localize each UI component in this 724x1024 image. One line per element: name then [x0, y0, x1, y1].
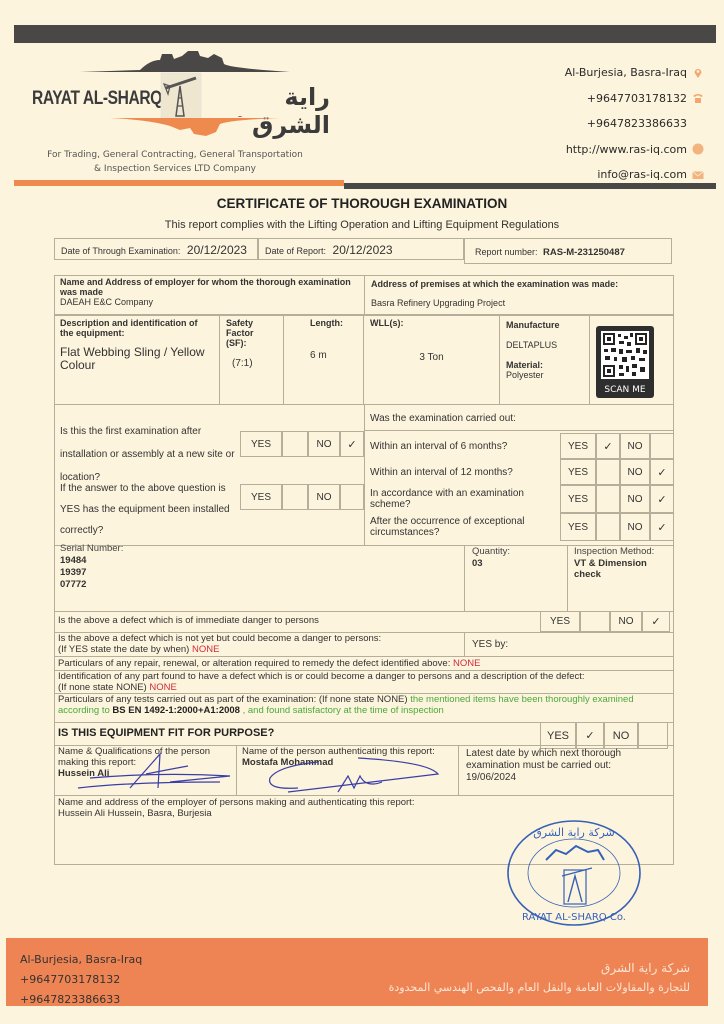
repair-question-text: Particulars of any repair, renewal, or a…: [58, 658, 450, 669]
immediate-no-box[interactable]: ✓: [642, 612, 670, 632]
serial-number: 19397: [60, 567, 86, 579]
report-date-cell: Date of Report: 20/12/2023: [258, 238, 464, 260]
length-label: Length:: [290, 318, 357, 328]
tagline-line-2: & Inspection Services LTD Company: [30, 162, 320, 176]
repair-question: Particulars of any repair, renewal, or a…: [58, 658, 480, 669]
carried-out-yes-label: YES: [560, 513, 596, 541]
wll-label: WLL(s):: [370, 318, 493, 328]
carried-out-question: Within an interval of 12 months?: [370, 459, 540, 485]
first-exam-no-label: NO: [308, 431, 340, 457]
yes-by-label: YES by:: [472, 639, 508, 650]
equipment-description-label: Description and identification of the eq…: [60, 318, 213, 338]
manufacture-cell: Manufacture DELTAPLUS Material: Polyeste…: [500, 315, 590, 405]
gear-top-icon: [80, 50, 290, 74]
footer-phone-1: +9647703178132: [20, 970, 142, 990]
report-number-label: Report number:: [475, 247, 538, 257]
company-stamp: شركة راية الشرق RAYAT AL-SHARQ Co.: [506, 820, 642, 926]
qr-caption: SCAN ME: [596, 385, 654, 395]
qr-code-icon: [601, 331, 649, 379]
immediate-danger-question: Is the above a defect which is of immedi…: [58, 615, 319, 626]
footer-band: Al-Burjesia, Basra-Iraq +9647703178132 +…: [6, 938, 708, 1006]
carried-out-question: After the occurrence of exceptional circ…: [370, 513, 540, 541]
header-dark-bar: [14, 25, 716, 43]
serial-number: 07772: [60, 579, 86, 591]
contact-phone-2: +9647823386633: [565, 111, 704, 137]
carried-out-no-box[interactable]: ✓: [650, 513, 674, 541]
manufacture-label: Manufacture: [506, 320, 583, 330]
repair-value: NONE: [453, 658, 480, 669]
future-danger-line-2: (If YES state the date by when): [58, 644, 189, 655]
employer-value: DAEAH E&C Company: [60, 297, 358, 307]
tagline-line-1: For Trading, General Contracting, Genera…: [30, 148, 320, 162]
premises-value: Basra Refinery Upgrading Project: [371, 298, 668, 308]
header-contacts: Al-Burjesia, Basra-Iraq +9647703178132 +…: [565, 60, 704, 188]
serial-list: 194841939707772: [60, 555, 86, 591]
authenticator-signature: [258, 752, 448, 796]
serial-number: 19484: [60, 555, 86, 567]
material-value: Polyester: [506, 370, 583, 380]
exam-date-cell: Date of Through Examination: 20/12/2023: [54, 238, 258, 260]
footer-address: Al-Burjesia, Basra-Iraq: [20, 950, 142, 970]
gear-bottom-icon: [110, 116, 280, 138]
footer-arabic-line-1: شركة راية الشرق: [389, 958, 690, 978]
carried-out-no-box[interactable]: [650, 433, 674, 459]
header-orange-rule: [14, 180, 344, 186]
qr-cell: SCAN ME: [590, 315, 674, 405]
carried-out-yes-label: YES: [560, 485, 596, 513]
employer-label: Name and Address of employer for whom th…: [60, 277, 358, 297]
next-exam-label: Latest date by which next thorough exami…: [466, 748, 646, 772]
length-cell: Length: 6 m: [284, 315, 364, 405]
immediate-no-label: NO: [610, 612, 642, 632]
certificate-title: CERTIFICATE OF THOROUGH EXAMINATION: [0, 196, 724, 211]
employer-persons-label: Name and address of the employer of pers…: [58, 797, 414, 808]
wll-cell: WLL(s): 3 Ton: [364, 315, 500, 405]
qr-code[interactable]: SCAN ME: [596, 326, 654, 398]
report-number-value: RAS-M-231250487: [543, 247, 625, 258]
report-date-label: Date of Report:: [265, 246, 326, 256]
equipment-description-cell: Description and identification of the eq…: [54, 315, 220, 405]
defect-identification-line-2: (If none state NONE): [58, 682, 147, 693]
immediate-yes-box[interactable]: [580, 612, 610, 632]
carried-out-no-label: NO: [620, 513, 650, 541]
tests-particulars: Particulars of any tests carried out as …: [58, 694, 668, 716]
carried-out-yes-box[interactable]: [596, 513, 620, 541]
employer-persons-value: Hussein Ali Hussein, Basra, Burjesia: [58, 808, 414, 819]
contact-website[interactable]: http://www.ras-iq.com: [565, 137, 704, 163]
premises-cell: Address of premises at which the examina…: [364, 275, 674, 315]
material-label: Material:: [506, 360, 583, 370]
safety-factor-cell: Safety Factor (SF): (7:1): [220, 315, 284, 405]
company-tagline: For Trading, General Contracting, Genera…: [30, 148, 320, 176]
footer-arabic: شركة راية الشرق للتجارة والمقاولات العام…: [389, 958, 690, 998]
carried-out-yes-box[interactable]: [596, 485, 620, 513]
footer-contact: Al-Burjesia, Basra-Iraq +9647703178132 +…: [20, 950, 142, 1010]
installed-yes-box[interactable]: [282, 484, 308, 510]
contact-email-link[interactable]: info@ras-iq.com: [597, 168, 687, 181]
report-date-value: 20/12/2023: [333, 243, 393, 257]
first-exam-yes-label: YES: [240, 431, 282, 457]
contact-phone-1-text: +9647703178132: [587, 92, 687, 105]
signature-divider-2: [458, 745, 459, 795]
carried-out-no-label: NO: [620, 433, 650, 459]
installed-correctly-question: If the answer to the above question is Y…: [60, 478, 240, 541]
maker-signature: [70, 748, 240, 794]
stamp-arabic-text: شركة راية الشرق: [533, 826, 615, 839]
exam-date-label: Date of Through Examination:: [61, 246, 180, 256]
contact-website-link[interactable]: http://www.ras-iq.com: [566, 143, 687, 156]
header-dark-rule: [344, 183, 716, 189]
contact-phone-1: +9647703178132: [565, 86, 704, 112]
future-danger-question: Is the above a defect which is not yet b…: [58, 633, 381, 655]
carried-out-label: Was the examination carried out:: [370, 413, 516, 424]
first-exam-yes-box[interactable]: [282, 431, 308, 457]
contact-address: Al-Burjesia, Basra-Iraq: [565, 60, 704, 86]
footer-arabic-line-2: للتجارة والمقاولات العامة والنقل العام و…: [389, 978, 690, 998]
carried-out-yes-box[interactable]: [596, 459, 620, 485]
phone-icon: [692, 92, 704, 104]
quantity-value: 03: [472, 558, 483, 569]
certificate-subtitle: This report complies with the Lifting Op…: [0, 219, 724, 231]
future-danger-line-1: Is the above a defect which is not yet b…: [58, 633, 381, 644]
quantity-divider: [464, 545, 465, 611]
envelope-icon: [692, 169, 704, 181]
oil-pump-icon: [160, 72, 202, 120]
certificate-page: RAYAT AL-SHARQ راية الشرق For Trading, G…: [0, 0, 724, 1024]
manufacture-value: DELTAPLUS: [506, 340, 583, 350]
employer-persons-rule: [54, 795, 674, 796]
serial-label: Serial Number:: [60, 543, 123, 554]
method-divider: [567, 545, 568, 611]
carried-out-yes-box[interactable]: ✓: [596, 433, 620, 459]
repair-rule: [54, 656, 674, 657]
exam-date-value: 20/12/2023: [187, 243, 247, 257]
quantity-label: Quantity:: [472, 546, 510, 557]
tests-value-b: , and found satisfactory at the time of …: [243, 705, 444, 716]
contact-phone-2-text: +9647823386633: [587, 117, 687, 130]
contact-spacer: [692, 118, 704, 130]
carried-out-question: In accordance with an examination scheme…: [370, 485, 540, 513]
footer-phone-2: +9647823386633: [20, 990, 142, 1010]
company-name-en: RAYAT AL-SHARQ: [32, 88, 162, 110]
carried-out-yes-label: YES: [560, 459, 596, 485]
tests-standard: BS EN 1492-1:2000+A1:2008: [112, 705, 240, 716]
location-pin-icon: [692, 67, 704, 79]
first-exam-no-box[interactable]: ✓: [340, 431, 364, 457]
safety-factor-value: (7:1): [232, 358, 277, 369]
future-danger-value: NONE: [192, 644, 219, 655]
employer-cell: Name and Address of employer for whom th…: [54, 275, 364, 315]
stamp-english-text: RAYAT AL-SHARQ Co.: [522, 912, 626, 923]
report-number-cell: Report number: RAS-M-231250487: [464, 238, 672, 264]
carried-out-rule: [364, 430, 674, 431]
next-exam-date: 19/06/2024: [466, 772, 646, 784]
fit-question: IS THIS EQUIPMENT FIT FOR PURPOSE?: [58, 727, 274, 739]
carried-out-no-label: NO: [620, 485, 650, 513]
contact-address-text: Al-Burjesia, Basra-Iraq: [565, 66, 687, 79]
defect-identification-value: NONE: [149, 682, 176, 693]
employer-persons-cell: Name and address of the employer of pers…: [58, 797, 414, 819]
premises-label: Address of premises at which the examina…: [371, 279, 668, 289]
immediate-yes-label: YES: [540, 612, 580, 632]
installed-no-box[interactable]: [340, 484, 364, 510]
company-logo: RAYAT AL-SHARQ راية الشرق: [30, 50, 330, 150]
carried-out-no-label: NO: [620, 459, 650, 485]
carried-out-question: Within an interval of 6 months?: [370, 433, 540, 459]
method-label: Inspection Method:: [574, 546, 654, 557]
safety-factor-label: Safety Factor (SF):: [226, 318, 266, 348]
middle-divider: [364, 405, 365, 545]
method-value: VT & Dimension check: [574, 558, 669, 580]
defect-identification-question: Identification of any part found to have…: [58, 671, 585, 693]
globe-icon: [692, 143, 704, 155]
carried-out-yes-label: YES: [560, 433, 596, 459]
wll-value: 3 Ton: [370, 352, 493, 363]
carried-out-no-box[interactable]: ✓: [650, 459, 674, 485]
length-value: 6 m: [310, 350, 357, 361]
installed-yes-label: YES: [240, 484, 282, 510]
next-exam-cell: Latest date by which next thorough exami…: [466, 748, 646, 784]
tests-question: Particulars of any tests carried out as …: [58, 694, 408, 705]
defect-identification-line-1: Identification of any part found to have…: [58, 671, 585, 682]
yes-by-divider: [464, 632, 465, 656]
carried-out-no-box[interactable]: ✓: [650, 485, 674, 513]
installed-no-label: NO: [308, 484, 340, 510]
equipment-description-value: Flat Webbing Sling / Yellow Colour: [60, 346, 213, 372]
